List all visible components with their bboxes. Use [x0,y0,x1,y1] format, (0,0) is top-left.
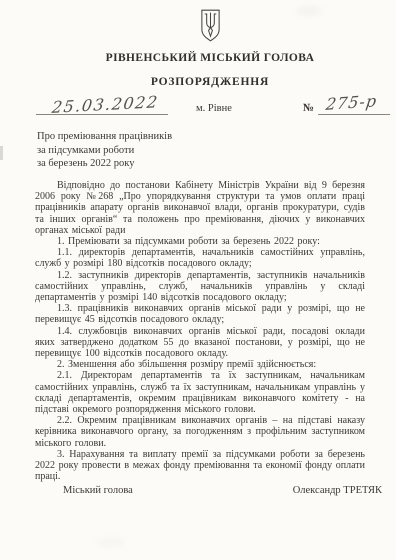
scan-noise [296,6,322,16]
body-paragraph-3: 3. Нарахування та виплату премії за підс… [35,449,365,483]
number-label: № [303,102,314,114]
body-paragraph-intro: Відповідно до постанови Кабінету Міністр… [35,180,365,236]
signature-position: Міський голова [63,485,133,496]
body-paragraph-1-1: 1.1. директорів департаментів, начальник… [35,247,365,269]
subject-line: Про преміювання працівників [37,130,172,144]
org-title: РІВНЕНСЬКИЙ МІСЬКИЙ ГОЛОВА [24,52,396,64]
subject-line: за березень 2022 року [37,157,172,171]
body-paragraph-2: 2. Зменшення або збільшення розміру прем… [35,359,365,370]
document-body: Відповідно до постанови Кабінету Міністр… [35,180,365,482]
subject-line: за підсумками роботи [37,144,172,158]
date-underline [36,114,168,115]
signature-name: Олександр ТРЕТЯК [293,485,382,496]
document-page: РІВНЕНСЬКИЙ МІСЬКИЙ ГОЛОВА РОЗПОРЯДЖЕННЯ… [0,0,396,560]
number-underline [318,114,390,115]
subject-block: Про преміювання працівників за підсумкам… [37,130,172,171]
body-paragraph-1-3: 1.3. працівників виконавчих органів місь… [35,303,365,325]
tryzub-emblem-icon [199,9,222,42]
body-paragraph-1: 1. Преміювати за підсумками роботи за бе… [35,236,365,247]
scan-noise [96,538,126,547]
scan-edge-artifact [0,146,3,160]
body-paragraph-1-2: 1.2. заступників директорів департаменті… [35,270,365,304]
body-paragraph-2-1: 2.1. Директорам департаментів та їх заст… [35,370,365,415]
body-paragraph-1-4: 1.4. службовців виконавчих органів міськ… [35,326,365,360]
place-label: м. Рівне [196,103,232,114]
doc-type-title: РОЗПОРЯДЖЕННЯ [24,76,396,88]
body-paragraph-2-2: 2.2. Окремим працівникам виконавчих орга… [35,415,365,449]
handwritten-number: 275-р [325,91,379,114]
